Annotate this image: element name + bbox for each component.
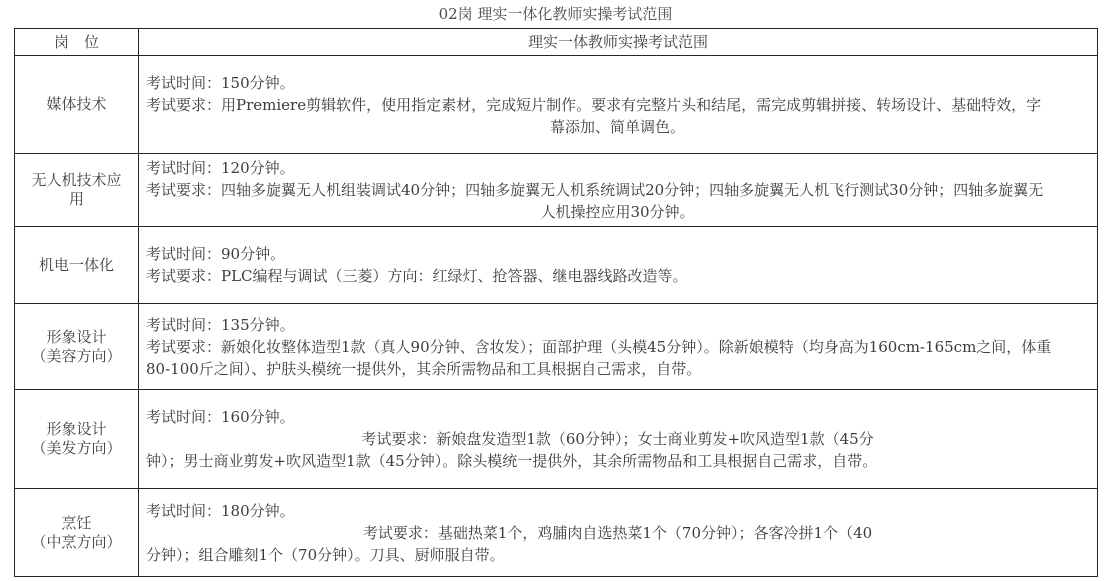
scope-cell: 考试时间：180分钟。 考试要求：基础热菜1个，鸡脯肉自选热菜1个（70分钟）；… [139, 489, 1098, 577]
position-line: 形象设计 [15, 420, 138, 439]
scope-cell: 考试时间：135分钟。 考试要求：新娘化妆整体造型1款（真人90分钟、含妆发）；… [139, 304, 1098, 390]
scope-line-exam-time: 考试时间：90分钟。 [146, 243, 1089, 265]
position-cell: 媒体技术 [15, 56, 139, 154]
table-row-uav-technology: 无人机技术应 用 考试时间：120分钟。 考试要求：四轴多旋翼无人机组装调试40… [15, 154, 1098, 227]
position-line: （美容方向） [15, 347, 138, 366]
position-cell: 烹饪 （中烹方向） [15, 489, 139, 577]
scope-cell: 考试时间：120分钟。 考试要求：四轴多旋翼无人机组装调试40分钟；四轴多旋翼无… [139, 154, 1098, 227]
table-row-image-design-beauty: 形象设计 （美容方向） 考试时间：135分钟。 考试要求：新娘化妆整体造型1款（… [15, 304, 1098, 390]
scope-line-exam-requirements: 考试要求：新娘化妆整体造型1款（真人90分钟、含妆发）；面部护理（头模45分钟）… [146, 336, 1089, 358]
header-cell-scope: 理实一体教师实操考试范围 [139, 29, 1098, 56]
page-title: 02岗 理实一体化教师实操考试范围 [0, 0, 1111, 25]
position-cell: 无人机技术应 用 [15, 154, 139, 227]
scope-line-exam-requirements: 考试要求：用Premiere剪辑软件，使用指定素材，完成短片制作。要求有完整片头… [146, 94, 1089, 116]
position-line: （中烹方向） [15, 533, 138, 552]
scope-line-exam-time: 考试时间：135分钟。 [146, 314, 1089, 336]
table-row-image-design-hair: 形象设计 （美发方向） 考试时间：160分钟。 考试要求：新娘盘发造型1款（60… [15, 390, 1098, 489]
table-row-cooking-chinese: 烹饪 （中烹方向） 考试时间：180分钟。 考试要求：基础热菜1个，鸡脯肉自选热… [15, 489, 1098, 577]
scope-line-continuation: 80-100斤之间）、护肤头模统一提供外，其余所需物品和工具根据自己需求，自带。 [146, 358, 1089, 380]
document-page: 02岗 理实一体化教师实操考试范围 岗 位 理实一体教师实操考试范围 媒体技术 … [0, 0, 1111, 581]
scope-line-exam-requirements: 考试要求：四轴多旋翼无人机组装调试40分钟；四轴多旋翼无人机系统调试20分钟；四… [146, 179, 1089, 201]
position-cell: 形象设计 （美容方向） [15, 304, 139, 390]
header-cell-position: 岗 位 [15, 29, 139, 56]
scope-line-continuation: 分钟）；组合雕刻1个（70分钟）。刀具、厨师服自带。 [146, 544, 1089, 566]
table-row-mechatronics: 机电一体化 考试时间：90分钟。 考试要求：PLC编程与调试（三菱）方向：红绿灯… [15, 227, 1098, 304]
position-line: 烹饪 [15, 514, 138, 533]
position-line: （美发方向） [15, 439, 138, 458]
table-row-media-technology: 媒体技术 考试时间：150分钟。 考试要求：用Premiere剪辑软件，使用指定… [15, 56, 1098, 154]
scope-line-exam-time: 考试时间：120分钟。 [146, 157, 1089, 179]
scope-line-continuation: 钟）；男士商业剪发+吹风造型1款（45分钟）。除头模统一提供外，其余所需物品和工… [146, 450, 1089, 472]
position-line: 机电一体化 [15, 256, 138, 275]
scope-line-exam-time: 考试时间：150分钟。 [146, 72, 1089, 94]
scope-line-exam-requirements: 考试要求：基础热菜1个，鸡脯肉自选热菜1个（70分钟）；各客冷拼1个（40 [146, 522, 1089, 544]
scope-cell: 考试时间：150分钟。 考试要求：用Premiere剪辑软件，使用指定素材，完成… [139, 56, 1098, 154]
table-header-row: 岗 位 理实一体教师实操考试范围 [15, 29, 1098, 56]
position-cell: 形象设计 （美发方向） [15, 390, 139, 489]
position-line: 形象设计 [15, 328, 138, 347]
scope-cell: 考试时间：160分钟。 考试要求：新娘盘发造型1款（60分钟）；女士商业剪发+吹… [139, 390, 1098, 489]
scope-line-exam-time: 考试时间：180分钟。 [146, 500, 1089, 522]
scope-line-continuation: 幕添加、简单调色。 [146, 116, 1089, 138]
position-line: 媒体技术 [15, 95, 138, 114]
scope-line-exam-time: 考试时间：160分钟。 [146, 406, 1089, 428]
position-line: 用 [15, 190, 138, 209]
exam-scope-table: 岗 位 理实一体教师实操考试范围 媒体技术 考试时间：150分钟。 考试要求：用… [14, 28, 1098, 577]
scope-line-continuation: 人机操控应用30分钟。 [146, 201, 1089, 223]
position-cell: 机电一体化 [15, 227, 139, 304]
scope-line-exam-requirements: 考试要求：新娘盘发造型1款（60分钟）；女士商业剪发+吹风造型1款（45分 [146, 428, 1089, 450]
scope-line-exam-requirements: 考试要求：PLC编程与调试（三菱）方向：红绿灯、抢答器、继电器线路改造等。 [146, 265, 1089, 287]
scope-cell: 考试时间：90分钟。 考试要求：PLC编程与调试（三菱）方向：红绿灯、抢答器、继… [139, 227, 1098, 304]
position-line: 无人机技术应 [15, 171, 138, 190]
